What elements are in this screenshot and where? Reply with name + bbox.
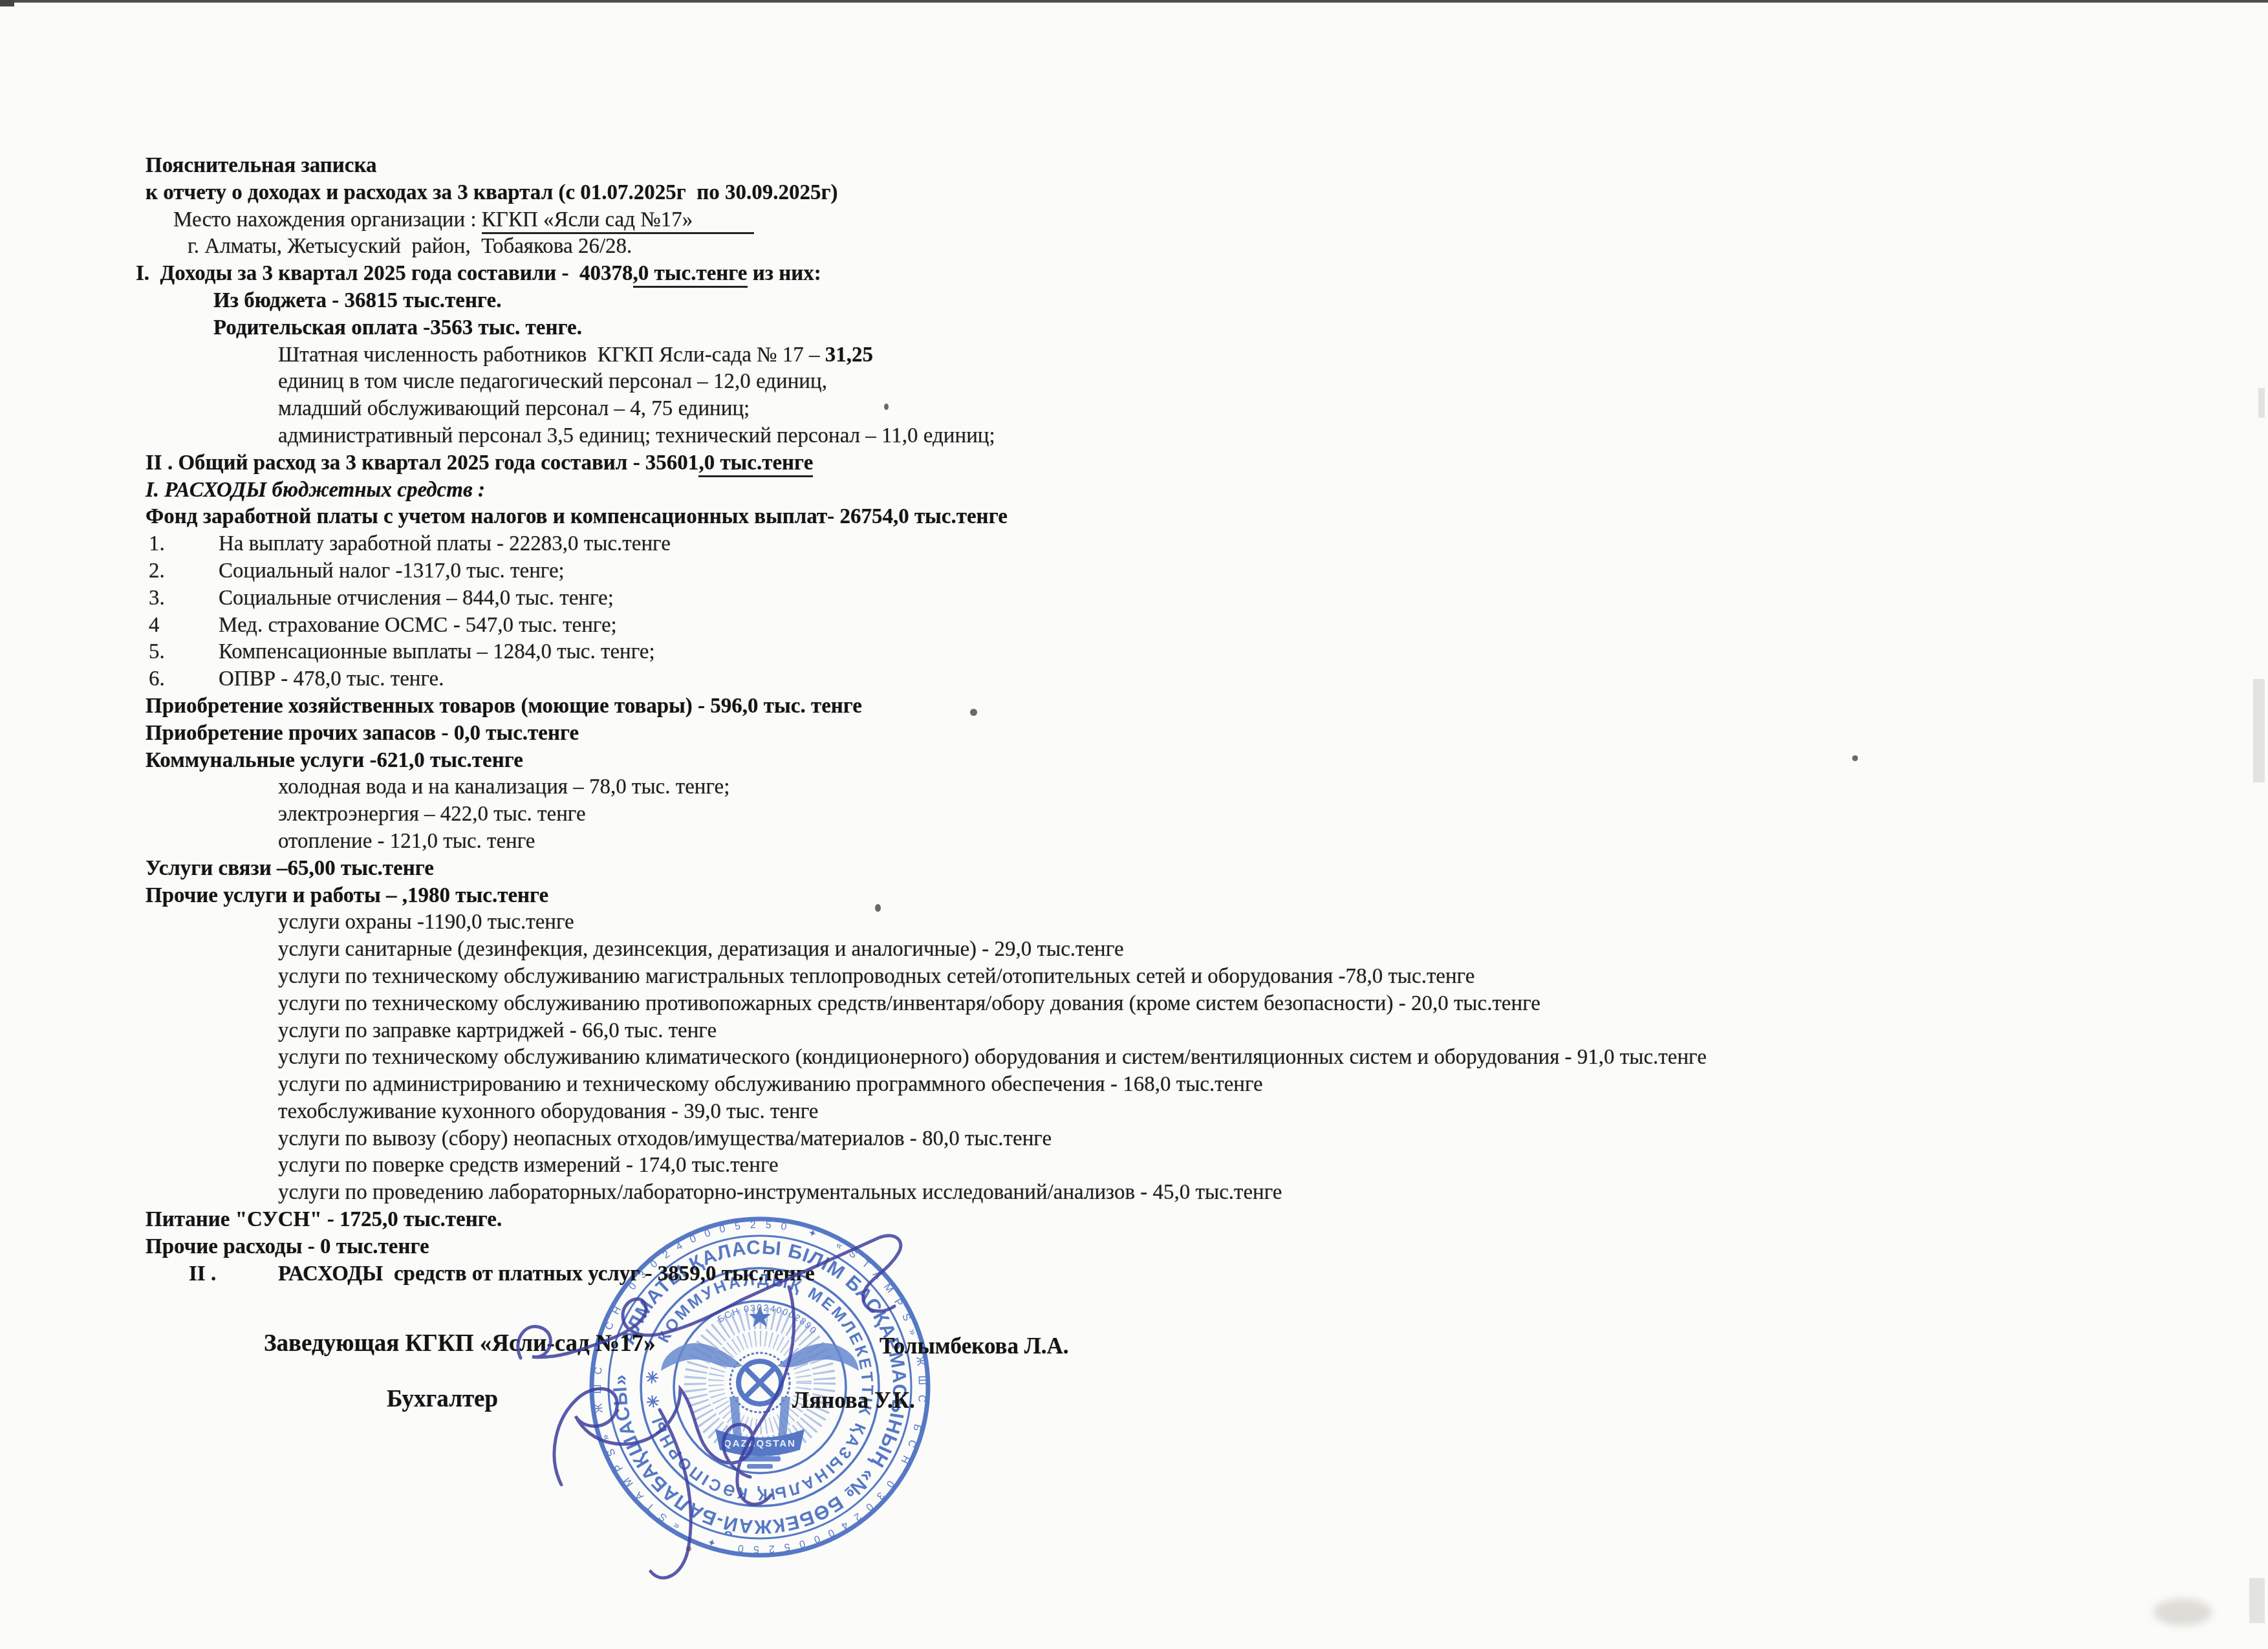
- service-item: услуги по техническому обслуживанию маги…: [278, 964, 1707, 991]
- scan-streak: [2258, 388, 2265, 418]
- service-item: услуги по поверке средств измерений - 17…: [278, 1152, 1707, 1180]
- org-location-label: Место нахождения организации :: [173, 208, 482, 232]
- payroll-item: 1.На выплату заработной платы - 22283,0 …: [149, 531, 1707, 558]
- utilities-header: Коммунальные услуги -621,0 тыс.тенге: [146, 748, 1707, 775]
- utility-item: холодная вода и на канализация – 78,0 ты…: [278, 774, 1707, 801]
- section1-heading: I. РАСХОДЫ бюджетных средств :: [146, 477, 1707, 504]
- scan-edge-line: [0, 0, 2268, 3]
- service-item: услуги по администрированию и техническо…: [278, 1072, 1707, 1099]
- payroll-header: Фонд заработной платы с учетом налогов и…: [146, 504, 1707, 531]
- household-goods-line: Приобретение хозяйственных товаров (моющ…: [146, 693, 1707, 720]
- service-item: услуги по проведению лабораторных/лабора…: [278, 1180, 1707, 1207]
- scan-streak: [2249, 1578, 2265, 1623]
- explanatory-note-document: Пояснительная записка к отчету о доходах…: [0, 153, 1707, 1288]
- staff-admin-line: административный персонал 3,5 единиц; те…: [278, 423, 1707, 450]
- payroll-item: 5.Компенсационные выплаты – 1284,0 тыс. …: [149, 639, 1707, 666]
- org-address: г. Алматы, Жетысуский район, Тобаякова 2…: [188, 233, 1707, 261]
- communication-services-line: Услуги связи –65,00 тыс.тенге: [146, 856, 1707, 883]
- other-stock-line: Приобретение прочих запасов - 0,0 тыс.те…: [146, 720, 1707, 748]
- service-item: услуги по вывозу (сбору) неопасных отход…: [278, 1126, 1707, 1153]
- staff-junior-line: младший обслуживающий персонал – 4, 75 е…: [278, 396, 1707, 423]
- scan-streak: [2253, 679, 2265, 782]
- service-item: услуги охраны -1190,0 тыс.тенге: [278, 909, 1707, 936]
- service-item: услуги по техническому обслуживанию прот…: [278, 991, 1707, 1018]
- director-signature-descender: [737, 1287, 794, 1504]
- expense-total-line: II . Общий расход за 3 квартал 2025 года…: [146, 450, 1707, 477]
- payroll-item: 4Мед. страхование ОСМС - 547,0 тыс. тенг…: [149, 612, 1707, 640]
- handwritten-signatures: [388, 1229, 970, 1591]
- ink-speck: [1852, 755, 1858, 761]
- org-name: КГКП «Ясли сад №17»: [482, 208, 754, 234]
- utility-item: отопление - 121,0 тыс. тенге: [278, 828, 1707, 856]
- doc-subtitle: к отчету о доходах и расходах за 3 кварт…: [146, 180, 1707, 207]
- payroll-item: 2.Социальный налог -1317,0 тыс. тенге;: [149, 558, 1707, 585]
- doc-title: Пояснительная записка: [146, 153, 1707, 180]
- staff-count-line: Штатная численность работников КГКП Ясли…: [278, 342, 1707, 369]
- payroll-item: 3.Социальные отчисления – 844,0 тыс. тен…: [149, 585, 1707, 612]
- service-item: услуги по заправке картриджей - 66,0 тыс…: [278, 1018, 1707, 1045]
- service-item: услуги по техническому обслуживанию клим…: [278, 1044, 1707, 1072]
- service-item: услуги санитарные (дезинфекция, дезинсек…: [278, 936, 1707, 964]
- scan-corner-mark: [0, 0, 14, 6]
- income-parent-fee-line: Родительская оплата -3563 тыс. тенге.: [213, 315, 1707, 342]
- org-location-line: Место нахождения организации : КГКП «Ясл…: [173, 207, 1707, 234]
- utility-item: электроэнергия – 422,0 тыс. тенге: [278, 801, 1707, 828]
- scan-smudge: [2154, 1599, 2212, 1626]
- director-signature: [518, 1236, 901, 1358]
- other-services-header: Прочие услуги и работы – ,1980 тыс.тенге: [146, 883, 1707, 910]
- service-item: техобслуживание кухонного оборудования -…: [278, 1099, 1707, 1126]
- staff-pedagogical-line: единиц в том числе педагогический персон…: [278, 369, 1707, 396]
- income-budget-line: Из бюджета - 36815 тыс.тенге.: [213, 288, 1707, 315]
- payroll-item: 6.ОПВР - 478,0 тыс. тенге.: [149, 666, 1707, 693]
- income-total-line: I. Доходы за 3 квартал 2025 года состави…: [136, 261, 1707, 288]
- accountant-signature: [554, 1388, 753, 1485]
